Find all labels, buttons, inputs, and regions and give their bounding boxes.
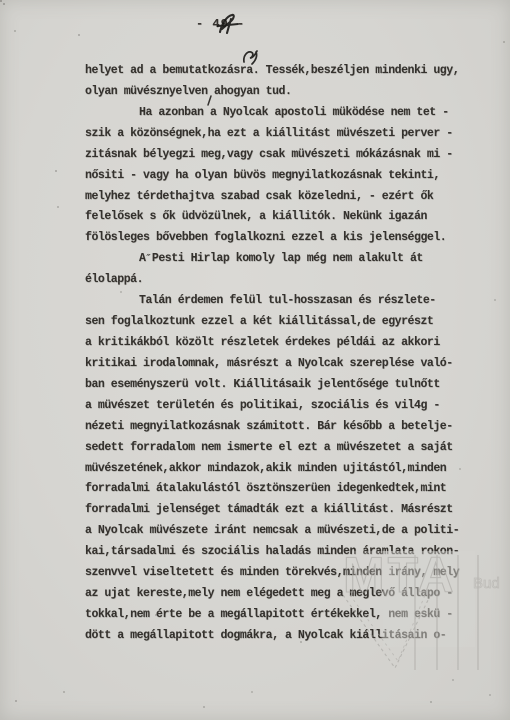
text-line: a kritikákból közölt részletek érdekes p… [85, 333, 465, 354]
watermark-text-large-glyph: MTA [343, 547, 457, 603]
text-line: sedett forradalom nem ismerte el ezt a m… [85, 438, 465, 459]
handwritten-scribble-page-number [213, 11, 245, 39]
library-watermark: MTA Bud [335, 538, 510, 678]
text-line: Talán érdemen felül tul-hosszasan és rés… [85, 291, 465, 312]
text-line: Ha azonban a Nyolcak apostoli müködése n… [85, 103, 465, 124]
text-line: zitásnak bélyegzi meg,vagy csak müvészet… [85, 145, 465, 166]
text-line: forradalmi átalakulástól ösztönszerüen i… [85, 479, 465, 500]
text-line: fölösleges bővebben foglalkozni ezzel a … [85, 228, 465, 249]
scan-speckles [0, 0, 2, 2]
text-line: nézeti megnyilatkozásnak számitott. Bár … [85, 417, 465, 438]
text-line: kritikai irodalomnak, másrészt a Nyolcak… [85, 354, 465, 375]
handwritten-comma-mark [206, 95, 214, 107]
watermark-text-small-glyph: Bud [473, 575, 500, 592]
text-line: A Pesti Hirlap komoly lap még nem alakul… [85, 249, 465, 270]
scanned-typewritten-page: - 49 - helyet ad a bemutatkozásra. Tessé… [0, 0, 510, 720]
text-line: felelősek s ők üdvözülnek, a kiállitók. … [85, 207, 465, 228]
text-line: élolappá. [85, 270, 465, 291]
text-line: a müvészet területén és politikai, szoci… [85, 396, 465, 417]
handwritten-insert-tessek [241, 48, 263, 66]
text-line: nősiti - vagy ha olyan büvös megnyilatko… [85, 166, 465, 187]
text-line: olyan müvésznyelven ahogyan tud. [85, 82, 465, 103]
text-line: sen foglalkoztunk ezzel a két kiállitáss… [85, 312, 465, 333]
text-line: ban eseményszerü volt. Kiállitásaik jele… [85, 375, 465, 396]
text-line: müvészetének,akkor mindazok,akik minden … [85, 459, 465, 480]
text-line: forradalmi jelenséget támadták ezt a kiá… [85, 500, 465, 521]
text-line: helyet ad a bemutatkozásra. Tessék,beszé… [85, 61, 465, 82]
text-line: szik a közönségnek,ha ezt a kiállitást m… [85, 124, 465, 145]
text-line: melyhez térdethajtva szabad csak közeled… [85, 187, 465, 208]
